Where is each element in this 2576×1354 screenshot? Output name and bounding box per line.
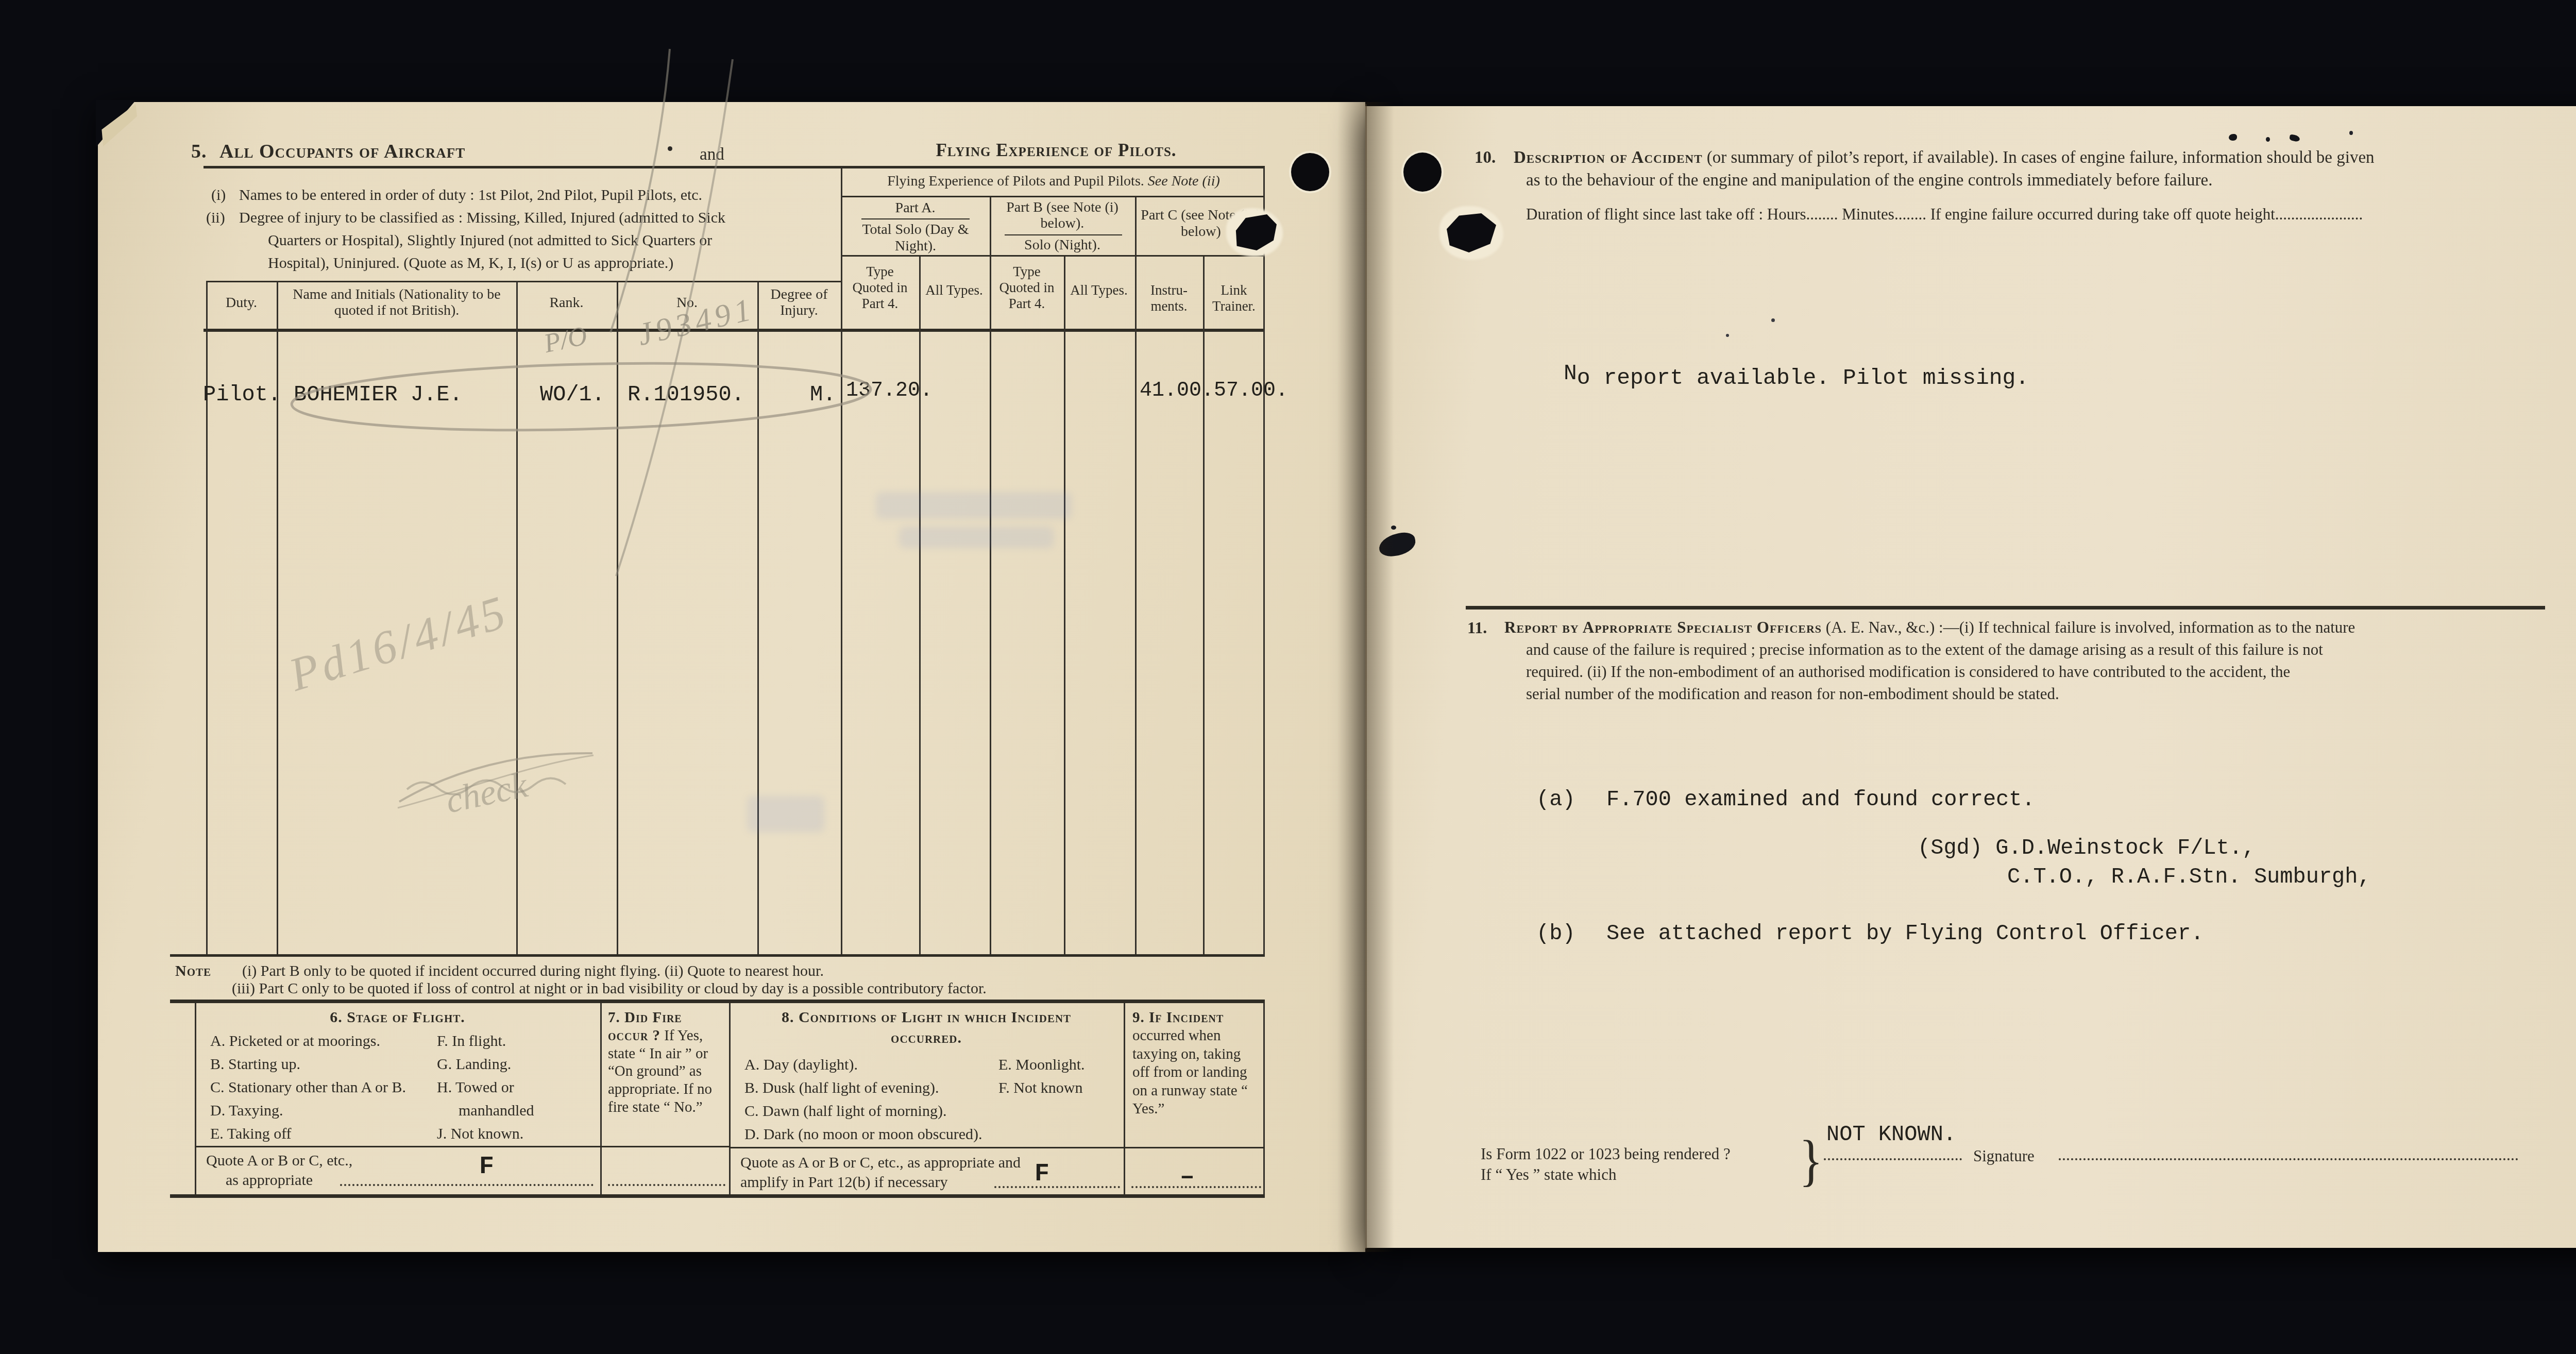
section5-title: All Occupants of Aircraft (219, 141, 465, 162)
section11-number: 11. (1467, 618, 1487, 637)
footer-question2: If “ Yes ” state which (1481, 1165, 1616, 1184)
divider (1135, 197, 1137, 954)
s6-answer: F (479, 1153, 494, 1181)
s6-item: D. Taxying. (210, 1102, 283, 1120)
experience-table-title-text: Flying Experience of Pilots and Pupil Pi… (887, 173, 1144, 189)
section10-line2: as to the behaviour of the engine and ma… (1526, 171, 2212, 190)
item-a-label: (a) (1536, 787, 1575, 812)
footer-answer: NOT KNOWN. (1826, 1122, 1956, 1147)
divider (1005, 234, 1122, 235)
divider (841, 196, 1265, 197)
ink-speck (1726, 334, 1729, 337)
section7-text: 7. Did Fire occur ? If Yes, state “ In a… (608, 1009, 722, 1116)
row-no: R.101950. (628, 382, 744, 407)
divider (1124, 1147, 1265, 1148)
col-name: Name and Initials (Nationality to be quo… (282, 286, 511, 319)
dotted-leader (1824, 1158, 1962, 1160)
ink-bleed-smudge (747, 796, 824, 832)
dotted-leader (1131, 1186, 1261, 1188)
section5-heading: 5. All Occupants of Aircraft (191, 140, 465, 163)
signature-label: Signature (1973, 1147, 2035, 1165)
punch-hole-left (1291, 153, 1329, 191)
s6-item: manhandled (459, 1102, 534, 1120)
divider (516, 281, 518, 954)
s8-quote-line2: amplify in Part 12(b) if necessary (740, 1174, 947, 1191)
section6-title: 6. Stage of Flight. (195, 1009, 600, 1026)
divider (600, 1146, 731, 1147)
s8-item: F. Not known (998, 1079, 1082, 1097)
divider (1263, 167, 1265, 954)
instruction-ii: Degree of injury to be classified as : M… (239, 209, 725, 227)
s8-item: B. Dusk (half light of evening). (744, 1079, 939, 1097)
dotted-leader (608, 1184, 725, 1186)
divider-heavy (170, 954, 1265, 957)
footer-question1: Is Form 1022 or 1023 being rendered ? (1481, 1145, 1731, 1163)
col-instruments: Instru-ments. (1138, 282, 1200, 314)
divider (195, 1003, 196, 1196)
col-all-types-a: All Types. (921, 282, 987, 298)
divider (1263, 1003, 1265, 1196)
flying-experience-heading: Flying Experience of Pilots. (922, 140, 1190, 161)
ink-bleed-smudge (876, 492, 1072, 519)
note-label: Note (175, 962, 211, 980)
divider (206, 281, 841, 282)
ink-bleed-smudge (899, 527, 1054, 548)
s6-quote-line2: as appropriate (226, 1172, 313, 1189)
s6-item: B. Starting up. (210, 1056, 300, 1073)
section10-lead: Description of Accident (1514, 148, 1703, 167)
row-rank: WO/1. (540, 382, 605, 407)
divider-heavy (170, 1194, 1265, 1198)
s8-quote-line1: Quote as A or B or C, etc., as appropria… (740, 1154, 1021, 1172)
section9-title: 9. If Incident (1132, 1009, 1224, 1026)
item-a-text: F.700 examined and found correct. (1606, 787, 2035, 812)
col-type-quoted-b: Type Quoted in Part 4. (993, 264, 1060, 312)
row-degree: M. (810, 382, 836, 407)
col-duty: Duty. (206, 295, 277, 311)
col-rank: Rank. (516, 295, 617, 311)
experience-table-title: Flying Experience of Pilots and Pupil Pi… (848, 173, 1260, 190)
s6-item: E. Taking off (210, 1125, 292, 1143)
ink-speck (2349, 131, 2353, 135)
section11-line4: serial number of the modification and re… (1526, 685, 2059, 703)
s6-item: C. Stationary other than A or B. (210, 1079, 406, 1096)
part-a-title: Part A. (841, 200, 990, 216)
divider (919, 257, 921, 954)
section11-lead: Report by Appropriate Specialist Officer… (1504, 618, 1822, 636)
divider (195, 1146, 602, 1147)
signed-line2: C.T.O., R.A.F.Stn. Sumburgh, (2007, 865, 2371, 889)
typed-no-report: No report available. Pilot missing. (1564, 361, 2029, 391)
part-a-subtitle: Total Solo (Day & Night). (849, 222, 982, 255)
divider-heavy (1466, 606, 2545, 610)
part-b-subtitle: Solo (Night). (990, 237, 1135, 253)
divider (617, 281, 618, 954)
ink-speck (1771, 318, 1775, 322)
s6-item: F. In flight. (437, 1033, 506, 1050)
section11-line3: required. (ii) If the non-embodiment of … (1526, 663, 2290, 681)
instruction-i: Names to be entered in order of duty : 1… (239, 187, 702, 204)
divider-heavy (170, 1000, 1265, 1003)
section11-line1: Report by Appropriate Specialist Officer… (1504, 618, 2550, 637)
section8-title2: occurred. (729, 1029, 1124, 1047)
ink-speck (2229, 134, 2237, 141)
section9-text: 9. If Incident occurred when taxying on,… (1132, 1009, 1259, 1118)
item-b-text: See attached report by Flying Control Of… (1606, 921, 2204, 946)
ink-speck (668, 146, 672, 151)
col-degree: Degree of Injury. (759, 286, 839, 319)
heading-rule (204, 166, 1265, 168)
s6-item: H. Towed or (437, 1079, 514, 1096)
dotted-leader (994, 1186, 1120, 1188)
dotted-leader (2059, 1158, 2518, 1160)
section11-l1: (A. E. Nav., &c.) :—(i) If technical fai… (1826, 618, 2355, 636)
divider (1124, 1003, 1125, 1196)
divider (1203, 257, 1205, 954)
s8-item: A. Day (daylight). (744, 1056, 858, 1074)
instruction-i-label: (i) (211, 187, 226, 204)
row-duty: Pilot. (203, 382, 281, 407)
duration-line: Duration of flight since last take off :… (1526, 205, 2556, 224)
footer-brace: } (1799, 1127, 1823, 1193)
s8-item: D. Dark (no moon or moon obscured). (744, 1126, 982, 1143)
section10-line1: Description of Accident (or summary of p… (1514, 148, 2549, 167)
section8-title: 8. Conditions of Light in which Incident (729, 1009, 1124, 1026)
divider (729, 1147, 1125, 1148)
and-word: and (700, 145, 724, 164)
instruction-ii-label: (ii) (206, 209, 225, 227)
dotted-leader (340, 1184, 594, 1186)
scanned-accident-report: 5. All Occupants of Aircraft and Flying … (0, 0, 2576, 1354)
experience-table-title-note: See Note (ii) (1148, 173, 1220, 189)
divider (600, 1003, 602, 1196)
section10-lead-rest: (or summary of pilot’s report, if availa… (1707, 148, 2375, 167)
s8-item: C. Dawn (half light of morning). (744, 1103, 946, 1120)
divider (841, 255, 1265, 257)
s6-item: A. Picketed or at moorings. (210, 1033, 380, 1050)
col-link-trainer: Link Trainer. (1206, 282, 1262, 314)
part-b-title: Part B (see Note (i) below). (997, 200, 1127, 232)
ink-speck (2266, 137, 2270, 142)
col-all-types-b: All Types. (1066, 282, 1131, 298)
s8-item: E. Moonlight. (998, 1056, 1085, 1074)
note-line2: (iii) Part C only to be quoted if loss o… (232, 980, 987, 997)
signed-line1: (Sgd) G.D.Weinstock F/Lt., (1918, 836, 2255, 860)
row-part-a-hours: 137.20. (846, 379, 933, 402)
note-line1: (i) Part B only to be quoted if incident… (242, 962, 824, 980)
punch-hole-right (1403, 153, 1442, 192)
instruction-ii-line2: Quarters or Hospital), Slightly Injured … (268, 232, 712, 249)
section9-body: occurred when taxying on, taking off fro… (1132, 1027, 1248, 1117)
section10-number: 10. (1475, 148, 1496, 167)
divider (757, 281, 759, 954)
divider (1064, 257, 1065, 954)
row-name: BOHEMIER J.E. (294, 382, 463, 407)
divider (990, 197, 991, 954)
section11-line2: and cause of the failure is required ; p… (1526, 640, 2323, 659)
section5-number: 5. (191, 141, 207, 162)
s6-item: J. Not known. (437, 1125, 523, 1143)
divider (841, 167, 842, 954)
divider (861, 218, 970, 219)
gutter-fold-line (1365, 104, 1367, 1249)
item-b-label: (b) (1536, 921, 1575, 946)
s8-answer: F (1035, 1160, 1049, 1188)
s6-quote-line1: Quote A or B or C, etc., (206, 1152, 352, 1170)
col-type-quoted-a: Type Quoted in Part 4. (845, 264, 915, 312)
instruction-ii-line3: Hospital), Uninjured. (Quote as M, K, I,… (268, 255, 673, 272)
row-part-c-hours: 41.00.57.00. (1140, 379, 1288, 402)
s6-item: G. Landing. (437, 1056, 511, 1073)
